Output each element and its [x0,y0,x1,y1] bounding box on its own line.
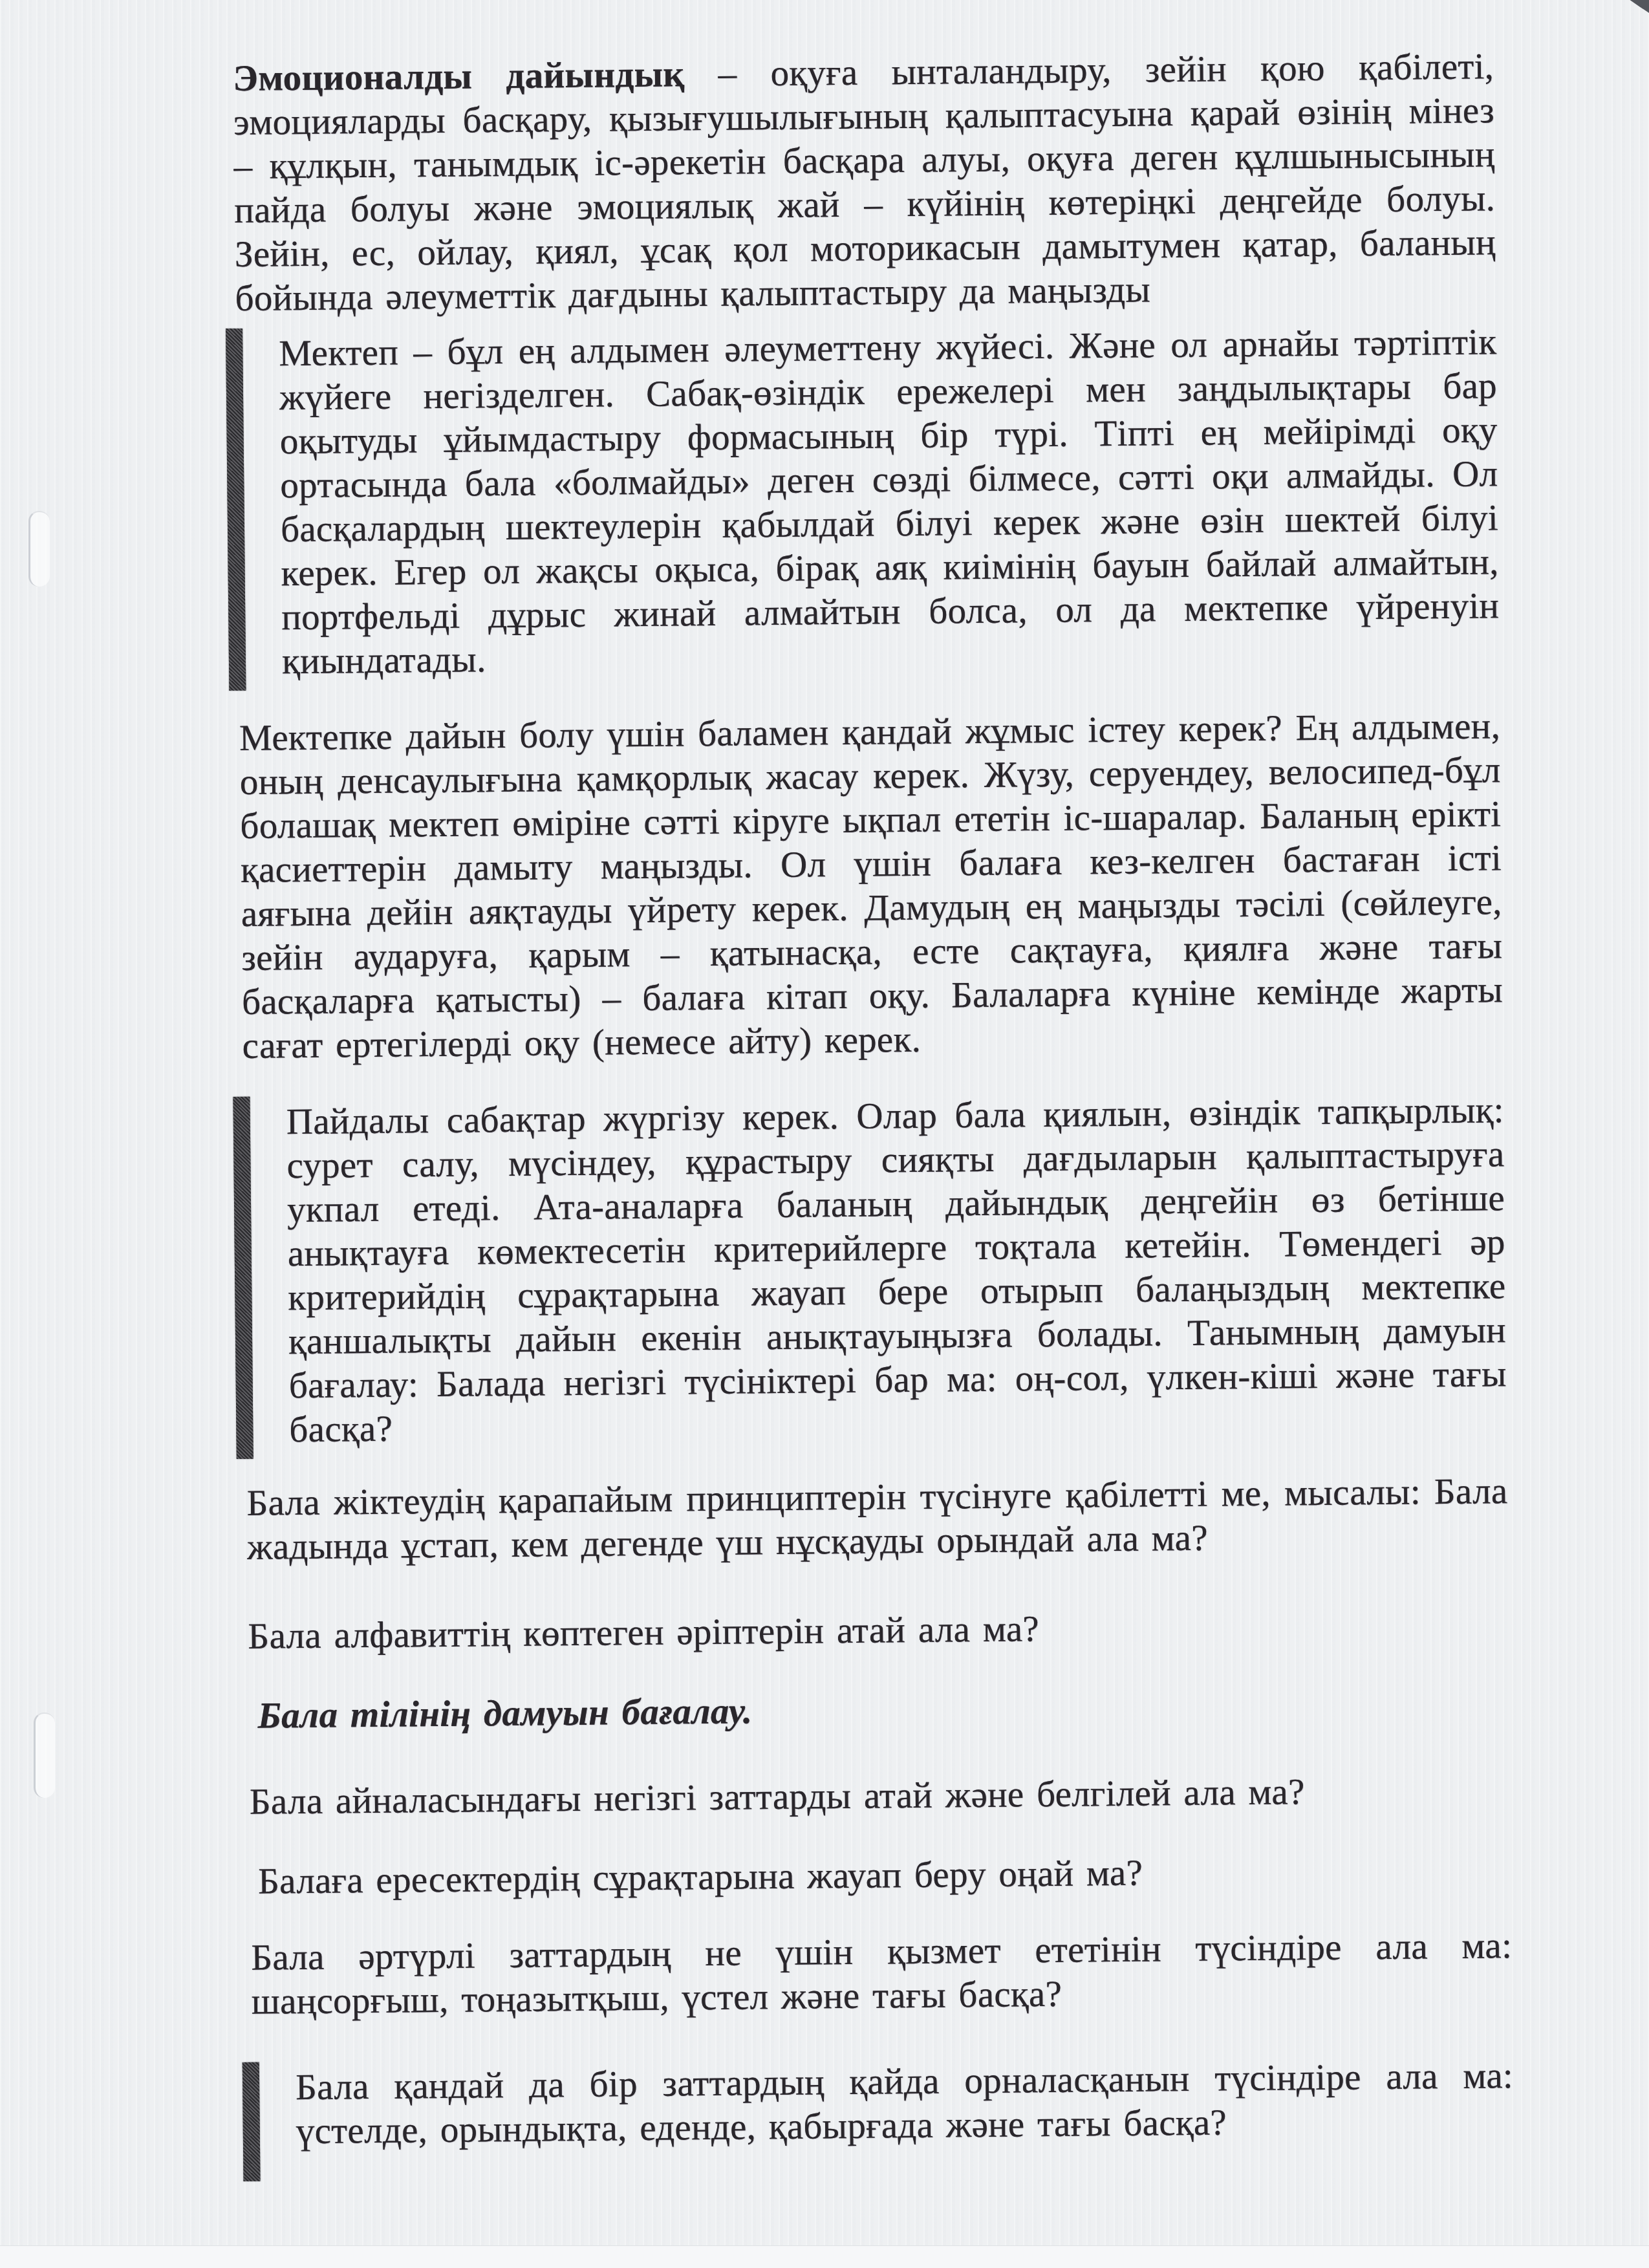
paragraph-alphabet-question: Бала алфавиттің көптеген әріптерін атай … [248,1603,1509,1659]
scan-corner-artifact [1626,0,1649,13]
paragraph-classification-question: Бала жіктеудің қарапайым принциптерін тү… [246,1469,1508,1570]
scanned-document-page: Эмоционалды дайындық – оқуға ынталандыру… [0,0,1649,2268]
paragraph-school-preparation: Мектепке дайын болу үшін баламен қандай … [239,704,1503,1068]
page-bottom-edge [0,2245,1649,2268]
paragraph-objects-purpose-question: Бала әртүрлі заттардың не үшін қызмет ет… [251,1924,1513,2024]
heading-language-development: Бала тілінің дамуын бағалау. [248,1682,1510,1738]
paragraph-adult-questions: Балаға ересектердің сұрақтарына жауап бе… [250,1848,1512,1904]
quote-text: Пайдалы сабақтар жүргізу керек. Олар бал… [286,1088,1507,1452]
quote-bar [242,2062,261,2181]
document-text-column: Эмоционалды дайындық – оқуға ынталандыру… [233,45,1514,2154]
quote-text: Бала қандай да бір заттардың қайда орнал… [296,2054,1514,2154]
paragraph-objects-naming-question: Бала айналасындағы негізгі заттарды атай… [250,1768,1511,1824]
paragraph-lead-bold: Эмоционалды дайындық [233,54,685,99]
quote-school-socialization: Мектеп – бұл ең алдымен әлеуметтену жүйе… [226,320,1500,684]
staple-mark [28,511,50,587]
quote-text: Мектеп – бұл ең алдымен әлеуметтену жүйе… [279,320,1500,684]
quote-bar [226,329,246,691]
quote-useful-lessons: Пайдалы сабақтар жүргізу керек. Олар бал… [233,1088,1507,1453]
quote-bar [233,1097,253,1459]
staple-mark [34,1712,55,1798]
quote-objects-location-question: Бала қандай да бір заттардың қайда орнал… [242,2054,1514,2154]
paragraph-emotional-readiness: Эмоционалды дайындық – оқуға ынталандыру… [233,45,1496,321]
